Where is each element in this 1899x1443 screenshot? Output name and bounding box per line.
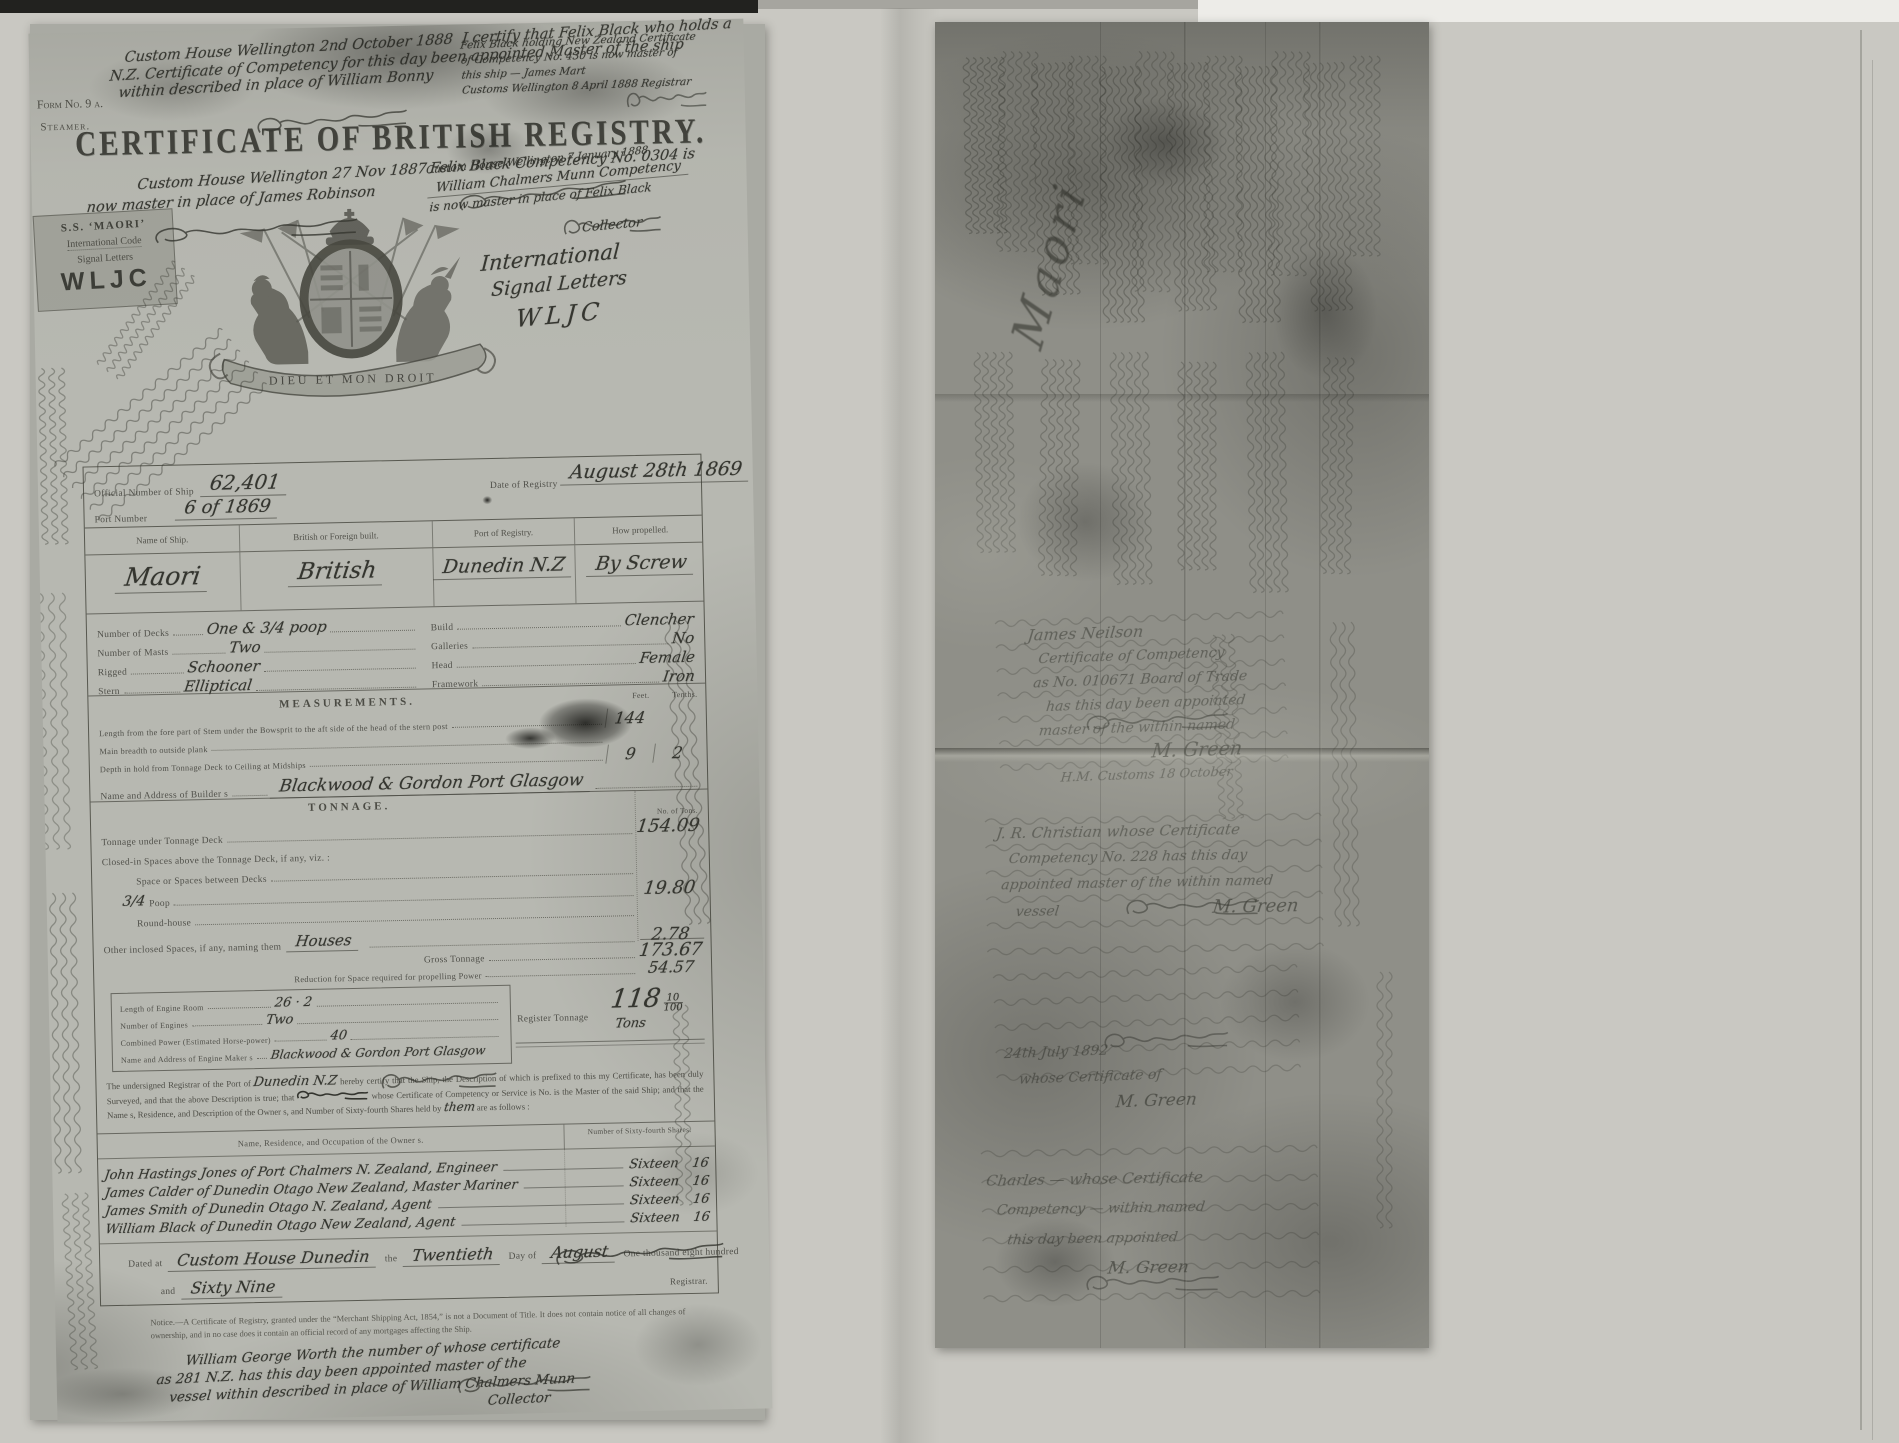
fold-crease-horizontal-2 <box>935 394 1429 402</box>
endorsement-block-4: Charles — whose Certificate Competency —… <box>986 1162 1206 1286</box>
endorsement-block-3: 24th July 1892 whose Certificate of M. G… <box>1004 1035 1198 1120</box>
page-edge-line-2 <box>1872 60 1873 1440</box>
photo-border-top-mid <box>758 0 1198 9</box>
certificate-photo: Custom House Wellington 2nd October 1888… <box>30 24 765 1420</box>
signature-m-green: M. Green <box>1211 893 1300 921</box>
endorsement-line: Charles — whose Certificate <box>984 1162 1206 1196</box>
signature-m-green: M. Green <box>1115 1087 1199 1116</box>
endorsement-line: vessel <box>1014 899 1061 926</box>
book-spine-shading <box>880 8 940 1443</box>
signature-m-green: M. Green <box>1150 736 1251 764</box>
photo-border-top <box>0 0 758 13</box>
reverse-page-photo: Maori James Neilson Certificate of Compe… <box>935 22 1429 1348</box>
fold-crease-vertical-2 <box>1319 22 1322 1348</box>
endorsement-line: Competency — within named <box>995 1192 1207 1226</box>
page-corner-highlight <box>1198 0 1899 22</box>
certificate-sheet: Custom House Wellington 2nd October 1888… <box>28 19 772 1424</box>
page-edge-line <box>1860 30 1862 1430</box>
endorsement-block-2: J. R. Christian whose Certificate Compet… <box>996 815 1299 925</box>
endorsement-block-1: James Neilson Certificate of Competency … <box>1027 616 1251 792</box>
handwriting-scribbles-left <box>28 19 772 1424</box>
signature-m-green: M. Green <box>1106 1252 1208 1284</box>
endorsement-line: this day been appointed <box>1005 1222 1207 1256</box>
